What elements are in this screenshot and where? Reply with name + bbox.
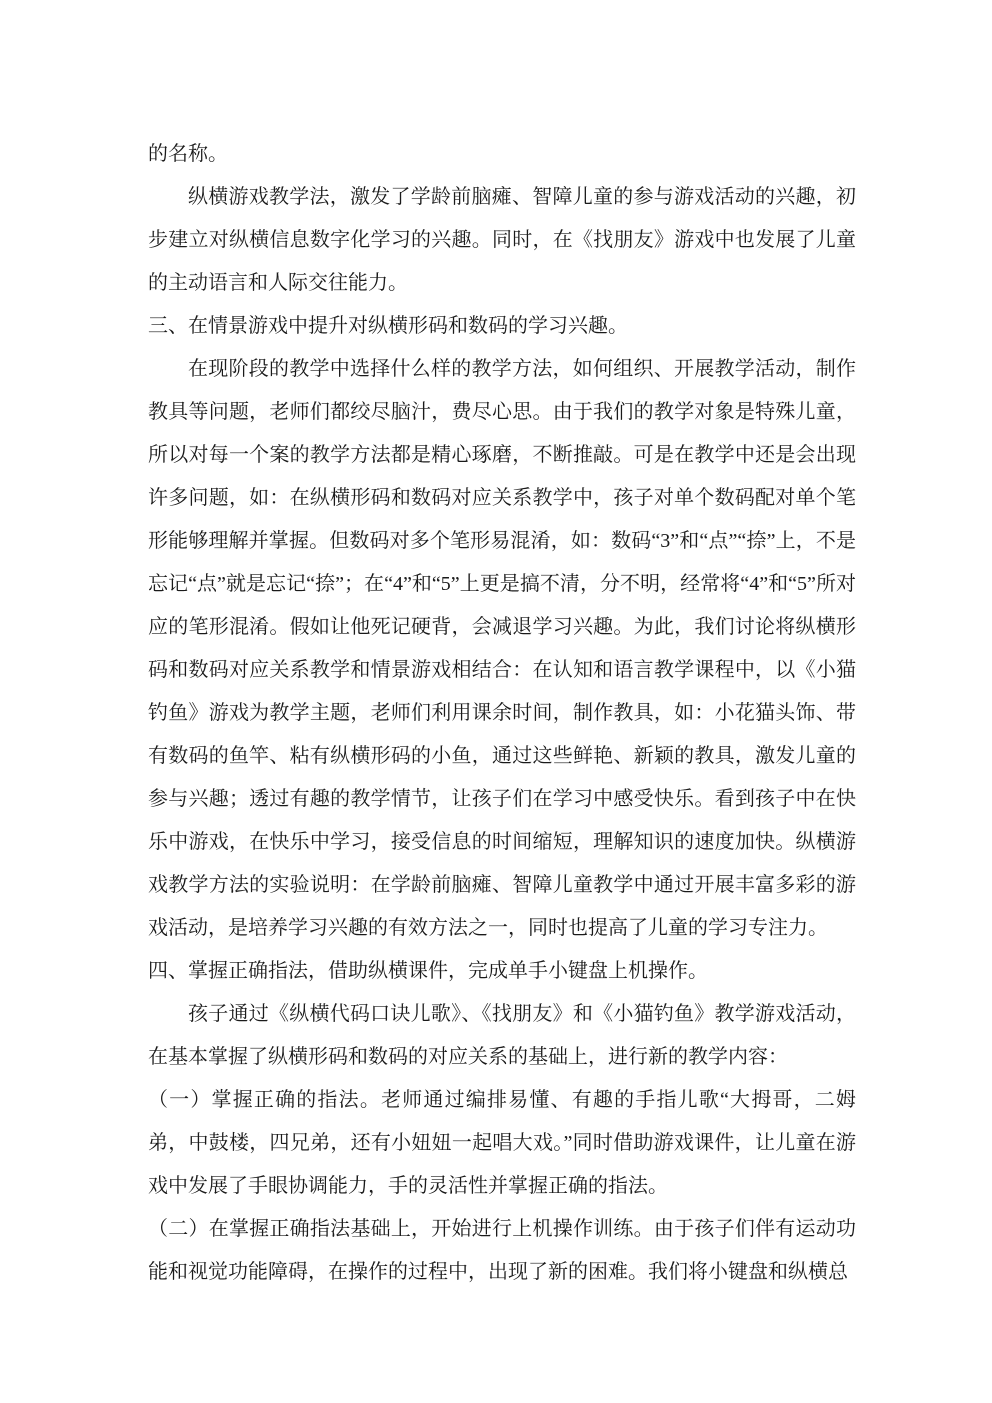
paragraph: 在现阶段的教学中选择什么样的教学方法，如何组织、开展教学活动，制作教具等问题，老… <box>148 348 856 950</box>
text-block: 的名称。 纵横游戏教学法，激发了学龄前脑瘫、智障儿童的参与游戏活动的兴趣，初步建… <box>148 133 856 1294</box>
paragraph-continuation: 的名称。 <box>148 133 856 176</box>
section-heading-3: 三、在情景游戏中提升对纵横形码和数码的学习兴趣。 <box>148 305 856 348</box>
paragraph: 纵横游戏教学法，激发了学龄前脑瘫、智障儿童的参与游戏活动的兴趣，初步建立对纵横信… <box>148 176 856 305</box>
list-item-2: （二）在掌握正确指法基础上，开始进行上机操作训练。由于孩子们伴有运动功能和视觉功… <box>148 1208 856 1294</box>
paragraph: 孩子通过《纵横代码口诀儿歌》、《找朋友》和《小猫钓鱼》教学游戏活动，在基本掌握了… <box>148 993 856 1079</box>
section-heading-4: 四、掌握正确指法，借助纵横课件，完成单手小键盘上机操作。 <box>148 950 856 993</box>
list-item-1: （一）掌握正确的指法。老师通过编排易懂、有趣的手指儿歌“大拇哥，二姆弟，中鼓楼，… <box>148 1079 856 1208</box>
document-page: 的名称。 纵横游戏教学法，激发了学龄前脑瘫、智障儿童的参与游戏活动的兴趣，初步建… <box>0 0 992 1403</box>
